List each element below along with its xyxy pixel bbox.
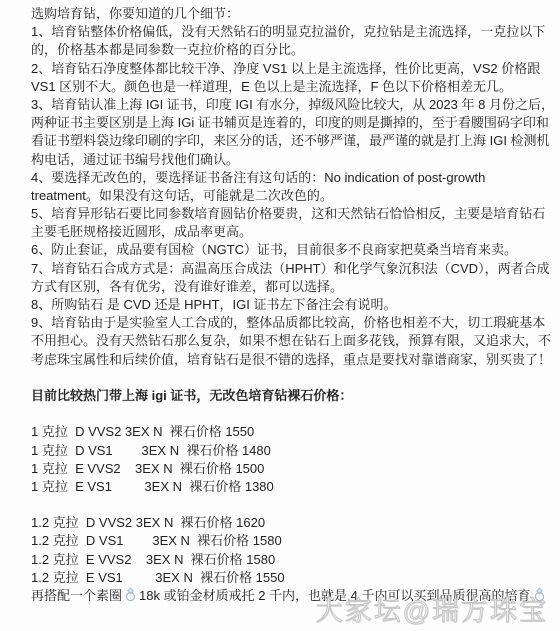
ring-icon — [123, 587, 138, 602]
tip-line: 2、培育钻石净度整体都比较干净、净度 VS1 以上是主流选择，性价比更高，VS2… — [31, 60, 540, 78]
spacer — [31, 405, 540, 423]
spacer — [31, 496, 540, 514]
tip-line: 3、培育钻认准上海 IGI 证书，印度 IGI 有水分，掉级风险比较大，从 20… — [31, 96, 540, 114]
tip-line: 9、培育钻由于是实验室人工合成的，整体品质都比较高，价格也相差不大，切工瑕疵基本 — [31, 314, 540, 332]
price-heading: 目前比较热门带上海 igi 证书，无改色培育钻裸石价格： — [31, 387, 540, 405]
watermark: 大家坛@瑞方珠宝 — [316, 589, 548, 628]
tip-line: 6、防止套证，成品要有国检（NGTC）证书，目前很多不良商家把莫桑当培育来卖。 — [31, 241, 540, 259]
price-line: 1 克拉 D VVS2 3EX N 裸石价格 1550 — [31, 423, 540, 441]
price-line: 1.2 克拉 E VS1 3EX N 裸石价格 1550 — [31, 569, 540, 587]
price-line: 1 克拉 E VVS2 3EX N 裸石价格 1500 — [31, 460, 540, 478]
tip-line: 两种证书主要区别是上海 IGi 证书辅页是连着的，印度的则是撕掉的，至于看腰围码… — [31, 114, 540, 132]
tip-line: 7、培育钻石合成方式是：高温高压合成法（HPHT）和化学气象沉积法（CVD），两… — [31, 260, 540, 278]
price-line: 1 克拉 E VS1 3EX N 裸石价格 1380 — [31, 478, 540, 496]
price-line: 1.2 克拉 D VS1 3EX N 裸石价格 1580 — [31, 532, 540, 550]
tip-line: 5、培育异形钻石要比同参数培育圆钻价格要贵，这和天然钻石恰恰相反，主要是培育钻石 — [31, 205, 540, 223]
tip-line: 8、所购钻石 是 CVD 还是 HPHT，IGI 证书左下备注会有说明。 — [31, 296, 540, 314]
tip-line: 4、要选择无改色的，要选择证书备注有这句话的：No indication of … — [31, 169, 540, 187]
tip-line: 考虑珠宝属性和后续价值，培育钻石是很不错的选择，重点是要找对靠谱商家，别买贵了！ — [31, 351, 540, 369]
tip-line: 不用担心。没有天然钻石那么复杂，如果不想在钻石上面多花钱，预算有限，又追求大，不 — [31, 332, 540, 350]
price-list-1-2ct: 1.2 克拉 D VVS2 3EX N 裸石价格 16201.2 克拉 D VS… — [31, 514, 540, 587]
tip-line: 方式有区别，各有优劣，没有谁好谁差，都可以选择。 — [31, 278, 540, 296]
tip-line: 主要毛胚规格接近圆形，成品率更高。 — [31, 223, 540, 241]
tip-line: 构电话，通过证书编号找他们确认。 — [31, 151, 540, 169]
tip-line: 看证书塑料袋边缘印刷的字印，来区分的话，还不够严谨，最严谨的就是打上海 IGI … — [31, 132, 540, 150]
article-page: 选购培育钻，你要知道的几个细节： 1、培育钻整体价格偏低，没有天然钻石的明显克拉… — [0, 0, 560, 631]
price-line: 1 克拉 D VS1 3EX N 裸石价格 1480 — [31, 442, 540, 460]
price-line: 1.2 克拉 D VVS2 3EX N 裸石价格 1620 — [31, 514, 540, 532]
tips-list: 1、培育钻整体价格偏低，没有天然钻石的明显克拉溢价，克拉钻是主流选择，一克拉以下… — [31, 23, 540, 369]
tip-line: treatment。如果没有这句话，可能就是二次改色的。 — [31, 187, 540, 205]
tip-line: 的，价格基本都是同参数一克拉价格的百分比。 — [31, 41, 540, 59]
tip-line: 1、培育钻整体价格偏低，没有天然钻石的明显克拉溢价，克拉钻是主流选择，一克拉以下 — [31, 23, 540, 41]
price-line: 1.2 克拉 E VVS2 3EX N 裸石价格 1580 — [31, 551, 540, 569]
tip-line: VS1 区别不大。颜色也是一样道理，E 色以上是主流选择，F 色以下价格相差无几… — [31, 78, 540, 96]
intro-line: 选购培育钻，你要知道的几个细节： — [31, 5, 540, 23]
spacer — [31, 369, 540, 387]
price-list-1ct: 1 克拉 D VVS2 3EX N 裸石价格 15501 克拉 D VS1 3E… — [31, 423, 540, 496]
closing-text-part1: 再搭配一个素圈 — [31, 588, 122, 603]
